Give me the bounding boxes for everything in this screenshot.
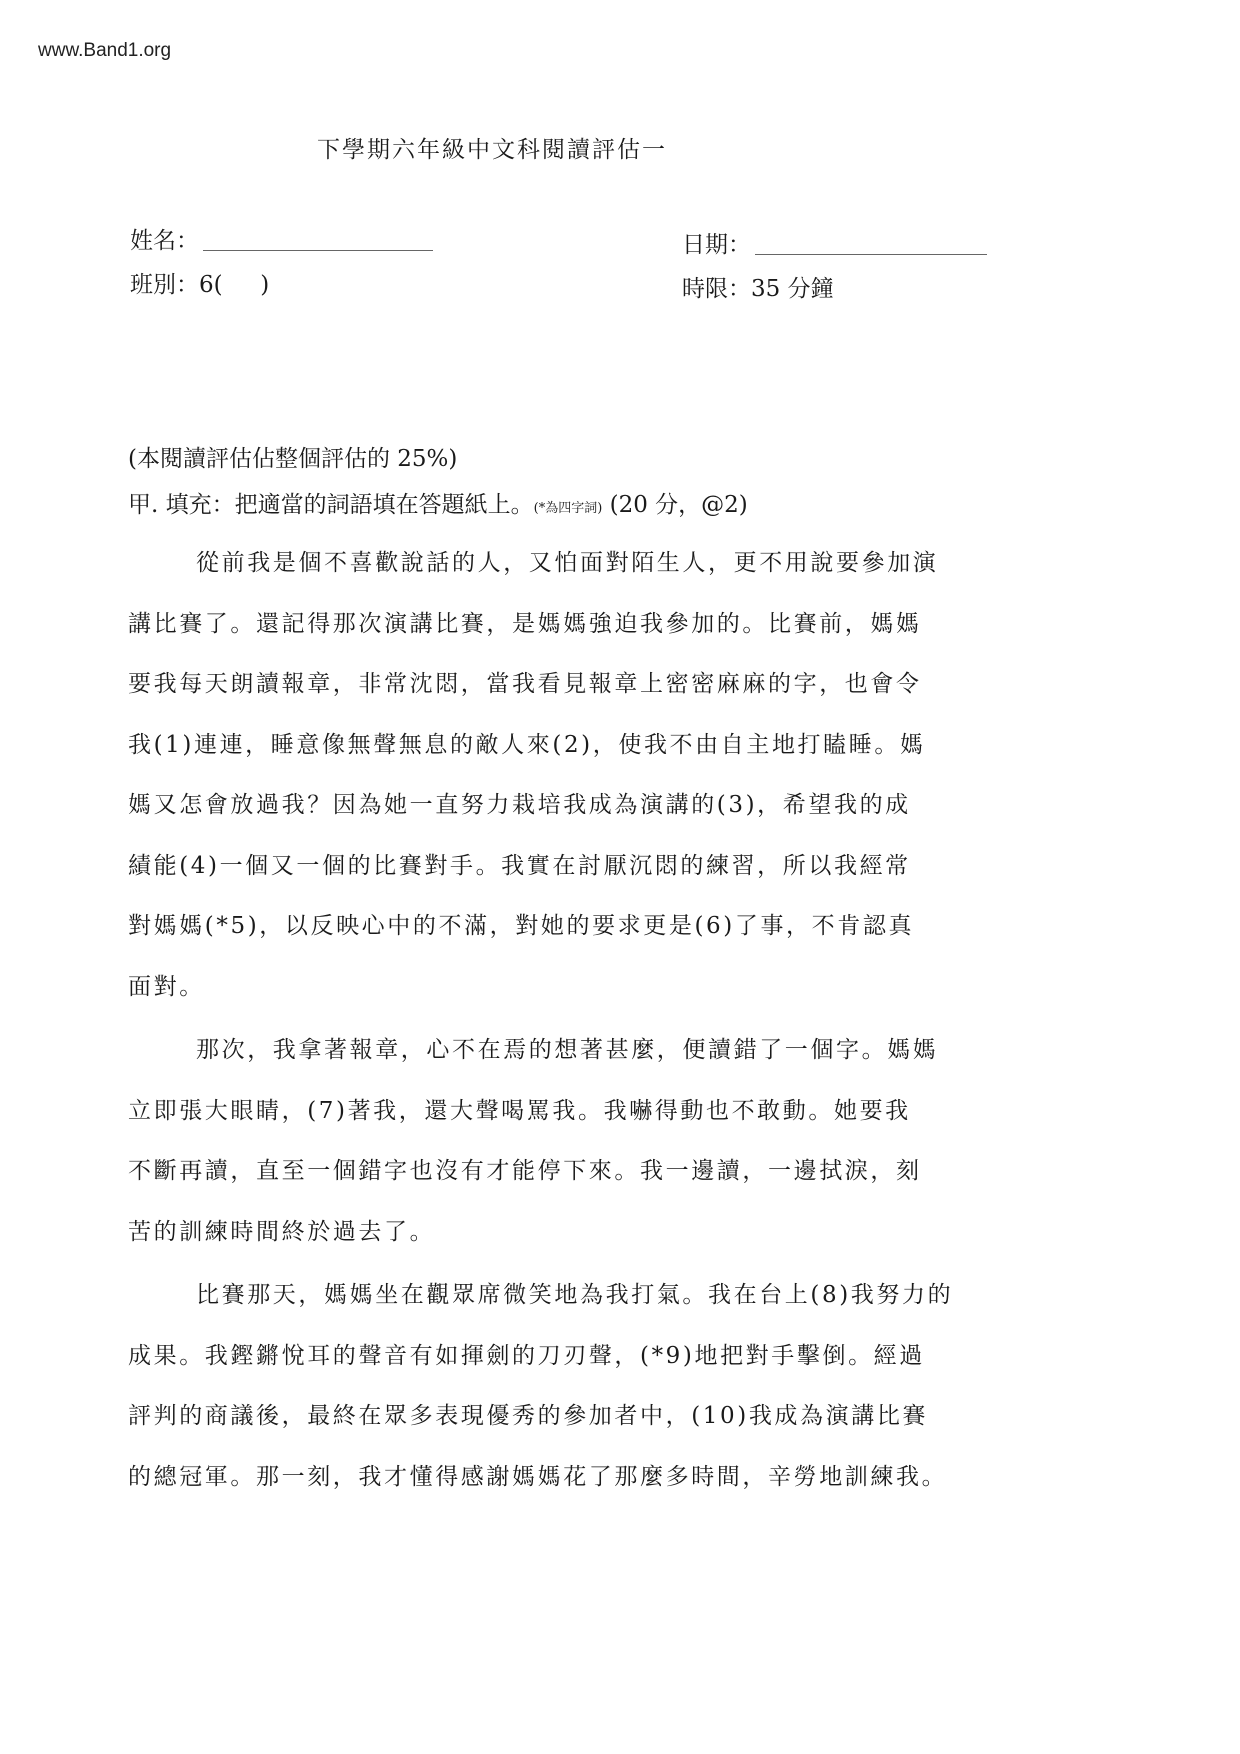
passage-line: 績能(4)一個又一個的比賽對手。我實在討厭沉悶的練習，所以我經常 <box>128 847 1008 908</box>
date-blank-line[interactable] <box>755 253 987 255</box>
passage-line: 我(1)連連，睡意像無聲無息的敵人來(2)，使我不由自主地打瞌睡。媽 <box>128 726 1008 787</box>
paragraph-3: 比賽那天，媽媽坐在觀眾席微笑地為我打氣。我在台上(8)我努力的 成果。我鏗鏘悅耳… <box>128 1276 1008 1518</box>
paragraph-1: 從前我是個不喜歡說話的人，又怕面對陌生人，更不用說要參加演 講比賽了。還記得那次… <box>128 544 1008 1028</box>
page-title: 下學期六年級中文科閱讀評估一 <box>317 131 667 164</box>
passage-line: 講比賽了。還記得那次演講比賽，是媽媽強迫我參加的。比賽前，媽媽 <box>128 605 1008 666</box>
passage-line: 的總冠軍。那一刻，我才懂得感謝媽媽花了那麼多時間，辛勞地訓練我。 <box>128 1458 1008 1519</box>
time-limit-label: 時限：35 分鐘 <box>682 270 834 303</box>
passage-line: 對媽媽(*5)，以反映心中的不滿，對她的要求更是(6)了事，不肯認真 <box>128 907 1008 968</box>
paragraph-2: 那次，我拿著報章，心不在焉的想著甚麼，便讀錯了一個字。媽媽 立即張大眼睛，(7)… <box>128 1031 1008 1273</box>
passage-line: 要我每天朗讀報章，非常沈悶，當我看見報章上密密麻麻的字，也會令 <box>128 665 1008 726</box>
class-field: 班別：6( ) <box>130 266 269 299</box>
passage-line: 苦的訓練時間終於過去了。 <box>128 1213 1008 1274</box>
passage-line: 從前我是個不喜歡說話的人，又怕面對陌生人，更不用說要參加演 <box>128 544 1008 605</box>
section-instruction: 甲. 填充：把適當的詞語填在答題紙上。(*為四字詞) (20 分，@2) <box>128 486 748 519</box>
passage-line: 不斷再讀，直至一個錯字也沒有才能停下來。我一邊讀，一邊拭淚，刻 <box>128 1152 1008 1213</box>
reading-passage: 從前我是個不喜歡說話的人，又怕面對陌生人，更不用說要參加演 講比賽了。還記得那次… <box>128 544 1008 1518</box>
passage-line: 面對。 <box>128 968 1008 1029</box>
class-label: 班別：6( ) <box>130 266 269 299</box>
name-label: 姓名： <box>130 222 199 255</box>
section-marks: (20 分，@2) <box>602 492 747 518</box>
name-blank-line[interactable] <box>203 249 433 251</box>
name-field: 姓名： <box>130 222 433 255</box>
date-label: 日期： <box>682 226 751 259</box>
time-limit-field: 時限：35 分鐘 <box>682 270 834 303</box>
weighting-note: (本閱讀評估佔整個評估的 25%) <box>128 440 457 473</box>
watermark-url: www.Band1.org <box>38 40 171 62</box>
passage-line: 成果。我鏗鏘悅耳的聲音有如揮劍的刀刃聲，(*9)地把對手擊倒。經過 <box>128 1337 1008 1398</box>
date-field: 日期： <box>682 226 987 259</box>
passage-line: 那次，我拿著報章，心不在焉的想著甚麼，便讀錯了一個字。媽媽 <box>128 1031 1008 1092</box>
section-label: 甲. 填充：把適當的詞語填在答題紙上。 <box>128 492 534 518</box>
passage-line: 評判的商議後，最終在眾多表現優秀的參加者中，(10)我成為演講比賽 <box>128 1397 1008 1458</box>
passage-line: 比賽那天，媽媽坐在觀眾席微笑地為我打氣。我在台上(8)我努力的 <box>128 1276 1008 1337</box>
section-hint: (*為四字詞) <box>534 501 603 516</box>
passage-line: 媽又怎會放過我？因為她一直努力栽培我成為演講的(3)，希望我的成 <box>128 786 1008 847</box>
passage-line: 立即張大眼睛，(7)著我，還大聲喝罵我。我嚇得動也不敢動。她要我 <box>128 1092 1008 1153</box>
